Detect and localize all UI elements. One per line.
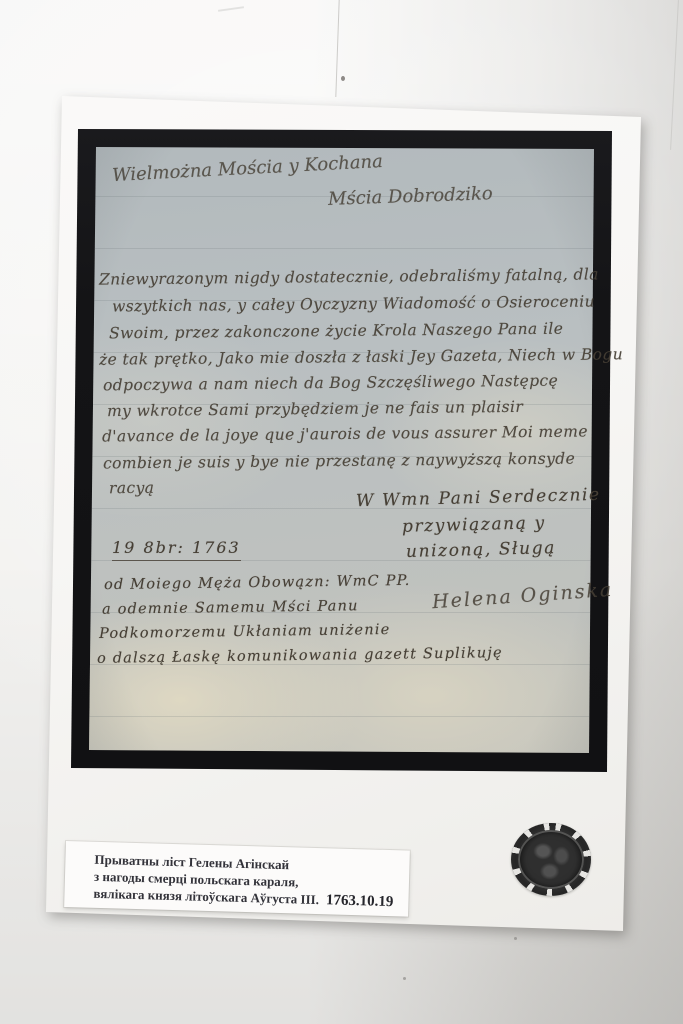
- letter-closing-line: przywiązaną y: [402, 513, 546, 537]
- letter-date-line: 19 8br: 1763: [112, 538, 241, 561]
- museum-seal-stamp: [511, 823, 591, 896]
- seal-emblem: [518, 830, 584, 889]
- letter-body-line: racyą: [109, 479, 155, 497]
- letter-closing-line: unizoną, Sługą: [406, 538, 556, 562]
- photo-of-framed-letter: Wielmożna Mościa y Kochana Mścia Dobrodz…: [0, 0, 683, 1024]
- caption-date: 1763.10.19: [326, 892, 394, 910]
- caption-label: Прыватны ліст Гелены Агінскай з нагоды с…: [64, 841, 410, 917]
